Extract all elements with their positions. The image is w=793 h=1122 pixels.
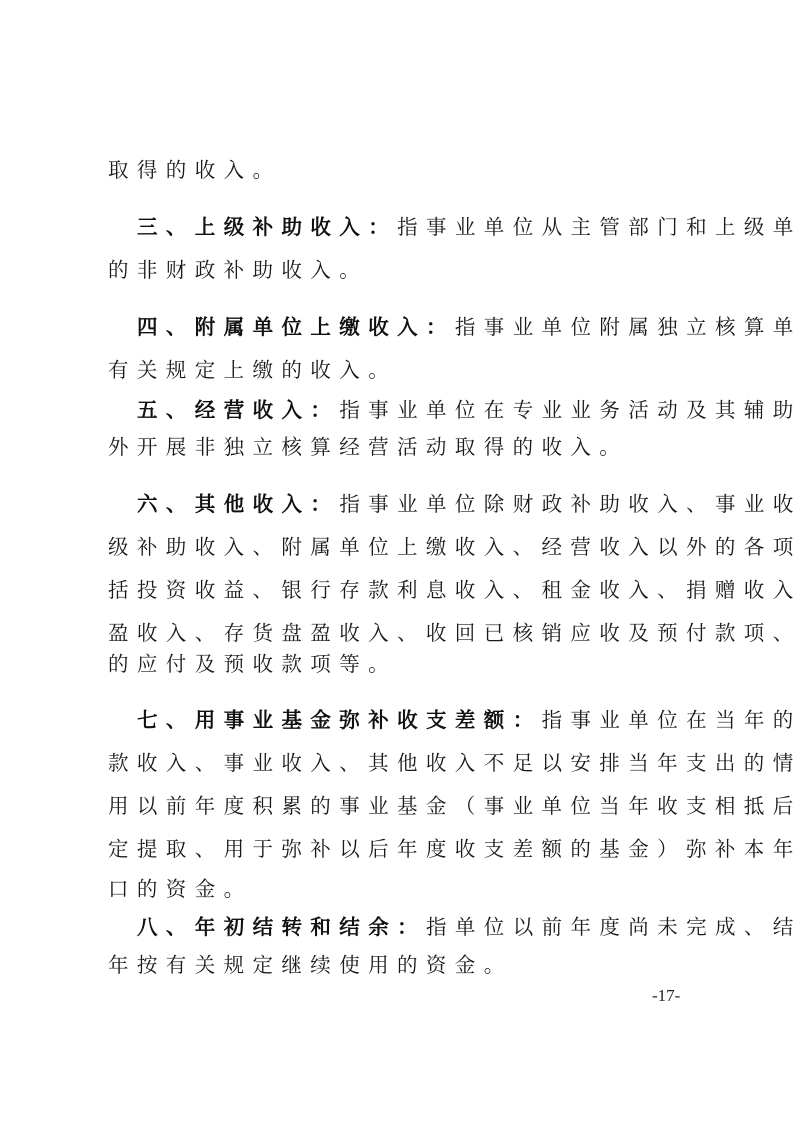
section-5-first-line: 五、经营收入：指事业单位在专业业务活动及其辅助活动之: [137, 395, 737, 425]
page-number: -17-: [652, 986, 680, 1006]
section-8-line: 年按有关规定继续使用的资金。: [108, 950, 708, 980]
section-6-line: 括投资收益、银行存款利息收入、租金收入、捐赠收入、现金盘: [108, 575, 708, 605]
section-5-line: 外开展非独立核算经营活动取得的收入。: [108, 432, 708, 462]
body-text: 括投资收益、银行存款利息收入、租金收入、捐赠收入、现金盘: [108, 578, 793, 602]
section-7-heading: 七、用事业基金弥补收支差额：: [137, 708, 542, 732]
document-page: 取得的收入。 三、上级补助收入：指事业单位从主管部门和上级单位取得 的非财政补助…: [0, 0, 793, 1122]
body-text: 指事业单位除财政补助收入、事业收入、上: [339, 492, 793, 516]
body-text: 指事业单位在当年的财政拨: [542, 708, 793, 732]
section-3-line: 的非财政补助收入。: [108, 255, 708, 285]
paragraph-continuation: 取得的收入。: [108, 155, 708, 185]
section-8-first-line: 八、年初结转和结余：指单位以前年度尚未完成、结转到本: [137, 912, 737, 942]
section-7-line: 口的资金。: [108, 874, 708, 904]
body-text: 的非财政补助收入。: [108, 258, 368, 282]
body-text: 定提取、用于弥补以后年度收支差额的基金）弥补本年度收支缺: [108, 837, 793, 861]
section-7-line: 款收入、事业收入、其他收入不足以安排当年支出的情况下，使: [108, 748, 708, 778]
body-text: 指事业单位从主管部门和上级单位取得: [397, 215, 793, 239]
body-text: 用以前年度积累的事业基金（事业单位当年收支相抵后按国家规: [108, 794, 793, 818]
section-7-line: 定提取、用于弥补以后年度收支差额的基金）弥补本年度收支缺: [108, 834, 708, 864]
body-text: 指事业单位在专业业务活动及其辅助活动之: [339, 398, 793, 422]
body-text: 口的资金。: [108, 877, 253, 901]
section-7-line: 用以前年度积累的事业基金（事业单位当年收支相抵后按国家规: [108, 791, 708, 821]
section-7-first-line: 七、用事业基金弥补收支差额：指事业单位在当年的财政拨: [137, 705, 737, 735]
section-3-first-line: 三、上级补助收入：指事业单位从主管部门和上级单位取得: [137, 212, 737, 242]
body-text: 有关规定上缴的收入。: [108, 358, 397, 382]
section-4-line: 有关规定上缴的收入。: [108, 355, 708, 385]
body-text: 指单位以前年度尚未完成、结转到本: [426, 915, 793, 939]
body-text: 外开展非独立核算经营活动取得的收入。: [108, 435, 628, 459]
section-6-heading: 六、其他收入：: [137, 492, 339, 516]
body-text: 年按有关规定继续使用的资金。: [108, 953, 513, 977]
section-4-first-line: 四、附属单位上缴收入：指事业单位附属独立核算单位按照: [137, 312, 737, 342]
body-text: 的应付及预收款项等。: [108, 652, 397, 676]
section-8-heading: 八、年初结转和结余：: [137, 915, 426, 939]
section-6-line: 盈收入、存货盘盈收入、收回已核销应收及预付款项、无法偿付: [108, 618, 708, 648]
section-5-heading: 五、经营收入：: [137, 398, 339, 422]
section-6-first-line: 六、其他收入：指事业单位除财政补助收入、事业收入、上: [137, 489, 737, 519]
body-text: 指事业单位附属独立核算单位按照: [455, 315, 793, 339]
body-text: 款收入、事业收入、其他收入不足以安排当年支出的情况下，使: [108, 751, 793, 775]
section-6-line: 的应付及预收款项等。: [108, 649, 708, 679]
section-3-heading: 三、上级补助收入：: [137, 215, 397, 239]
body-text: 盈收入、存货盘盈收入、收回已核销应收及预付款项、无法偿付: [108, 621, 793, 645]
body-text: 取得的收入。: [108, 158, 281, 182]
body-text: 级补助收入、附属单位上缴收入、经营收入以外的各项收入，包: [108, 535, 793, 559]
section-4-heading: 四、附属单位上缴收入：: [137, 315, 455, 339]
section-6-line: 级补助收入、附属单位上缴收入、经营收入以外的各项收入，包: [108, 532, 708, 562]
